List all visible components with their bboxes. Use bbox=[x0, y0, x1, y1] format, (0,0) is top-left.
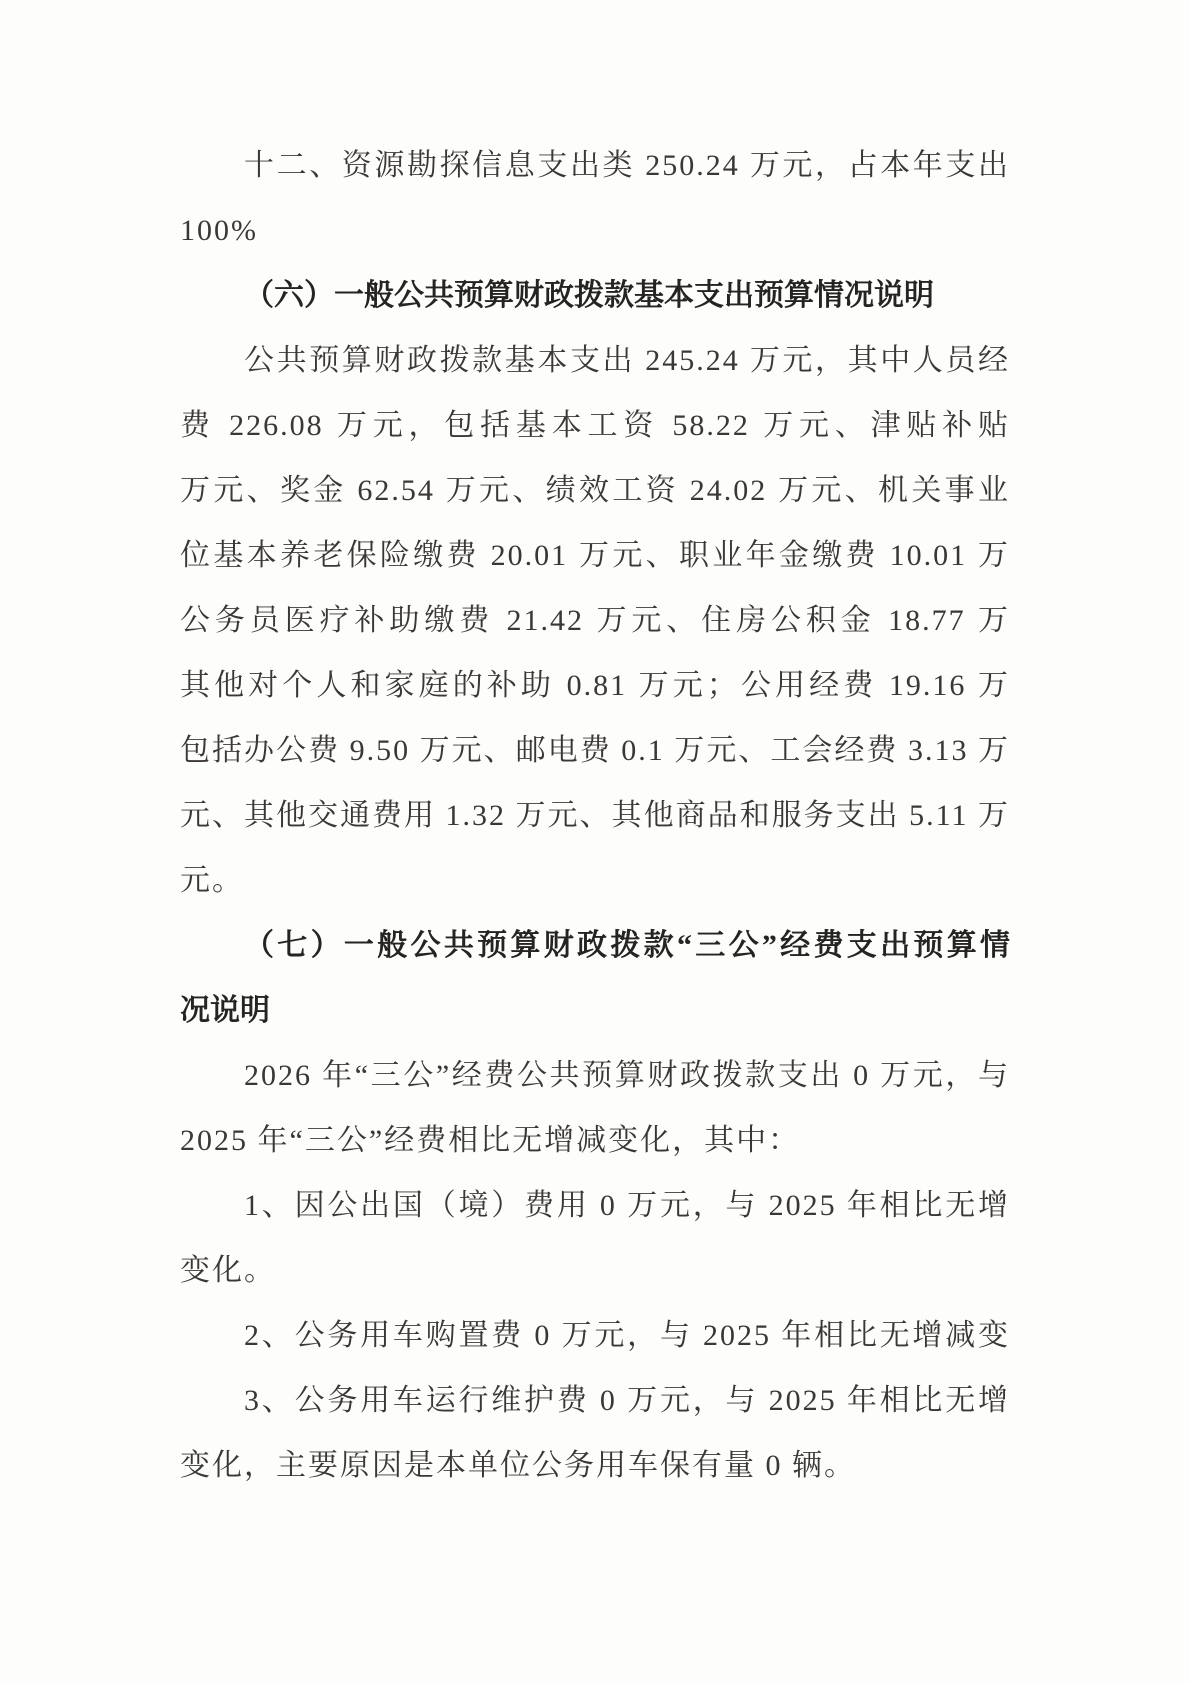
paragraph-line-basic-expenditure-6: 其他对个人和家庭的补助 0.81 万元；公用经费 19.16 万元： bbox=[180, 653, 1010, 718]
paragraph-line-basic-expenditure-5: 公务员医疗补助缴费 21.42 万元、住房公积金 18.77 万元； bbox=[180, 588, 1010, 653]
paragraph-line-basic-expenditure-8: 元、其他交通费用 1.32 万元、其他商品和服务支出 5.11 万 bbox=[180, 783, 1010, 848]
paragraph-line-abroad-fee-1: 1、因公出国（境）费用 0 万元，与 2025 年相比无增减 bbox=[180, 1173, 1010, 1238]
paragraph-line-abroad-fee-2: 变化。 bbox=[180, 1238, 1010, 1303]
paragraph-line-sangong-total-1: 2026 年“三公”经费公共预算财政拨款支出 0 万元，与 bbox=[180, 1043, 1010, 1108]
document-page: 十二、资源勘探信息支出类 250.24 万元，占本年支出 100% （六）一般公… bbox=[0, 0, 1190, 1682]
paragraph-line-vehicle-maintenance-2: 变化，主要原因是本单位公务用车保有量 0 辆。 bbox=[180, 1433, 1010, 1498]
heading-section-six: （六）一般公共预算财政拨款基本支出预算情况说明 bbox=[180, 263, 1010, 328]
paragraph-line-sangong-total-2: 2025 年“三公”经费相比无增减变化，其中： bbox=[180, 1108, 1010, 1173]
paragraph-line-basic-expenditure-9: 元。 bbox=[180, 848, 1010, 913]
paragraph-line-basic-expenditure-7: 包括办公费 9.50 万元、邮电费 0.1 万元、工会经费 3.13 万 bbox=[180, 718, 1010, 783]
heading-section-seven-cont: 况说明 bbox=[180, 978, 1010, 1043]
paragraph-line-basic-expenditure-1: 公共预算财政拨款基本支出 245.24 万元，其中人员经 bbox=[180, 328, 1010, 393]
paragraph-line-basic-expenditure-2: 费 226.08 万元，包括基本工资 58.22 万元、津贴补贴 10.28 bbox=[180, 393, 1010, 458]
paragraph-line-expenditure-class12: 十二、资源勘探信息支出类 250.24 万元，占本年支出 bbox=[180, 133, 1010, 198]
heading-section-seven: （七）一般公共预算财政拨款“三公”经费支出预算情 bbox=[180, 913, 1010, 978]
paragraph-line-expenditure-class12-cont: 100% bbox=[180, 198, 1010, 263]
paragraph-line-vehicle-purchase: 2、公务用车购置费 0 万元，与 2025 年相比无增减变化。 bbox=[180, 1303, 1010, 1368]
paragraph-line-vehicle-maintenance-1: 3、公务用车运行维护费 0 万元，与 2025 年相比无增减 bbox=[180, 1368, 1010, 1433]
document-content: 十二、资源勘探信息支出类 250.24 万元，占本年支出 100% （六）一般公… bbox=[180, 133, 1010, 1498]
paragraph-line-basic-expenditure-4: 位基本养老保险缴费 20.01 万元、职业年金缴费 10.01 万元、 bbox=[180, 523, 1010, 588]
paragraph-line-basic-expenditure-3: 万元、奖金 62.54 万元、绩效工资 24.02 万元、机关事业单 bbox=[180, 458, 1010, 523]
